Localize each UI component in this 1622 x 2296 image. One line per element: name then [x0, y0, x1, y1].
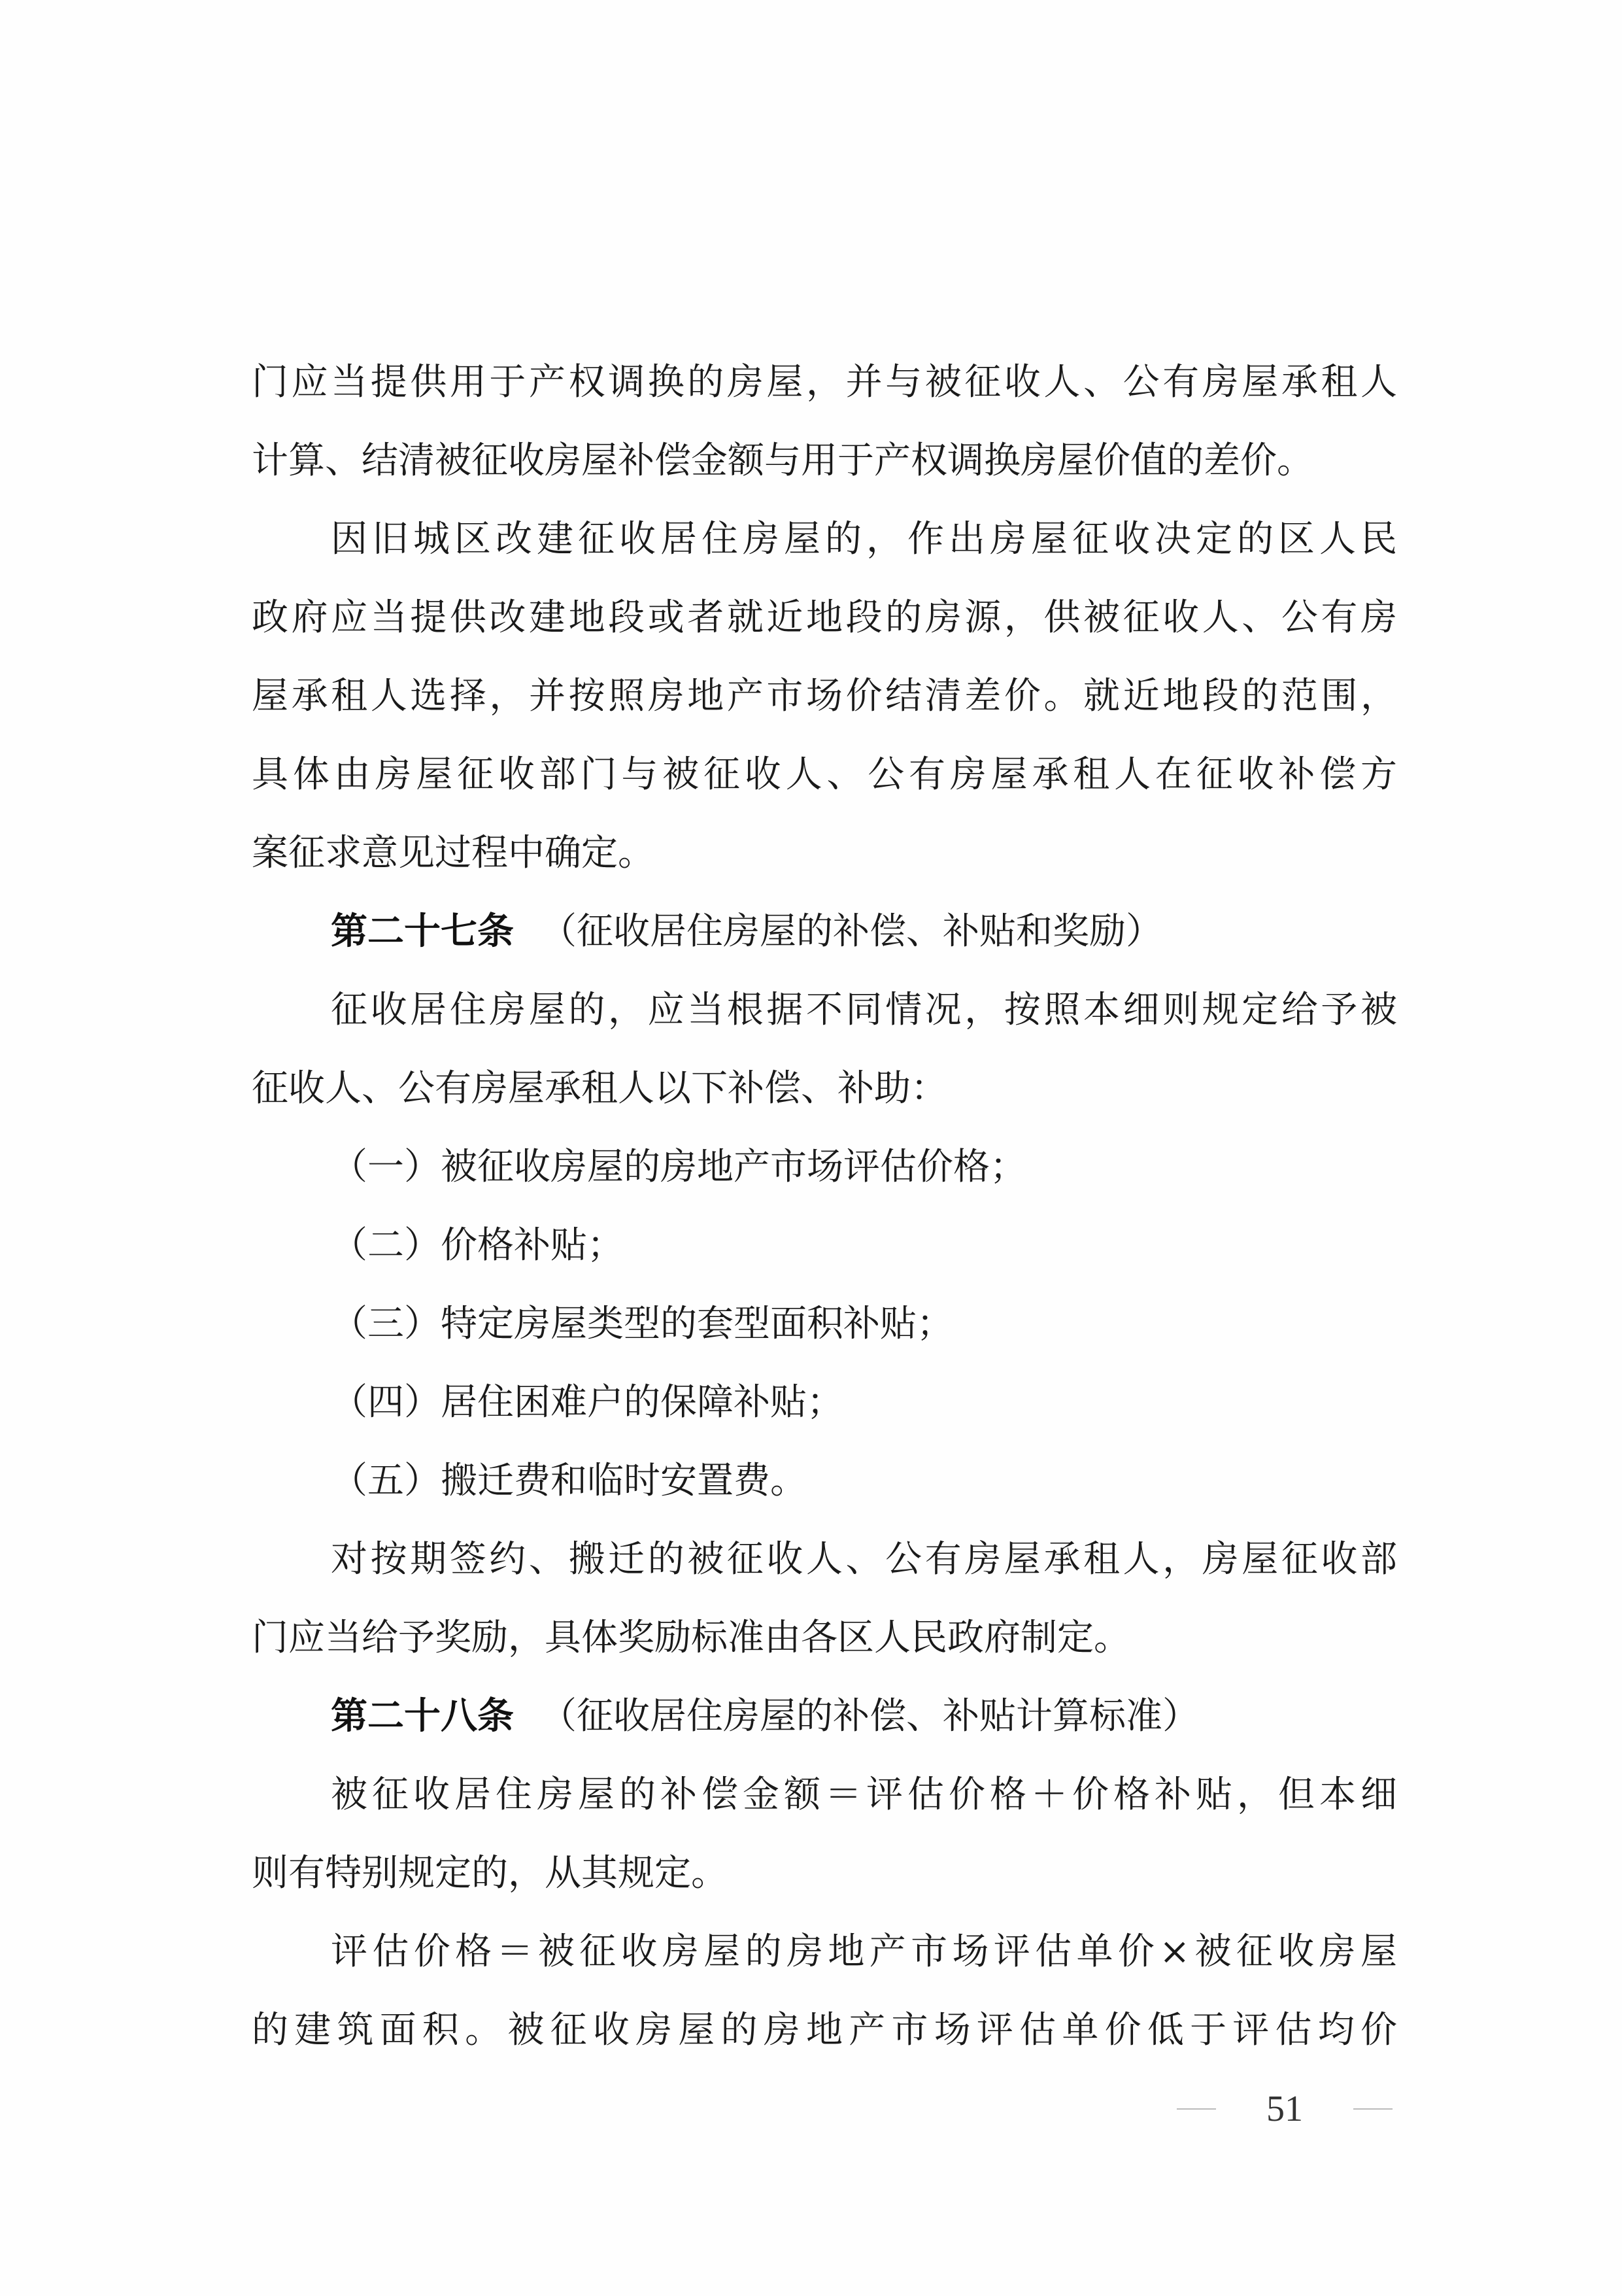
paragraph-line: 屋承租人选择，并按照房地产市场价结清差价。就近地段的范围，: [252, 657, 1397, 736]
list-item: （五）搬迁费和临时安置费。: [252, 1442, 1397, 1520]
paragraph-line: 门应当提供用于产权调换的房屋，并与被征收人、公有房屋承租人: [252, 343, 1397, 422]
document-page: 门应当提供用于产权调换的房屋，并与被征收人、公有房屋承租人计算、结清被征收房屋补…: [0, 0, 1622, 2296]
list-item: （三）特定房屋类型的套型面积补贴；: [252, 1285, 1397, 1363]
paragraph-line: 则有特别规定的，从其规定。: [252, 1834, 1397, 1913]
article-heading: 第二十七条（征收居住房屋的补偿、补贴和奖励）: [252, 893, 1397, 971]
document-body: 门应当提供用于产权调换的房屋，并与被征收人、公有房屋承租人计算、结清被征收房屋补…: [252, 343, 1397, 2070]
paragraph-line: 征收人、公有房屋承租人以下补偿、补助：: [252, 1050, 1397, 1128]
paragraph-line: 的建筑面积。被征收房屋的房地产市场评估单价低于评估均价: [252, 1991, 1397, 2070]
article-number: 第二十七条: [331, 910, 514, 953]
paragraph-line: 评估价格＝被征收房屋的房地产市场评估单价×被征收房屋: [252, 1913, 1397, 1991]
paragraph-line: 征收居住房屋的，应当根据不同情况，按照本细则规定给予被: [252, 971, 1397, 1050]
page-number-dash-right: [1353, 2108, 1393, 2110]
article-number: 第二十八条: [331, 1695, 514, 1738]
paragraph-line: 被征收居住房屋的补偿金额＝评估价格＋价格补贴，但本细: [252, 1756, 1397, 1834]
article-title: （征收居住房屋的补偿、补贴和奖励）: [540, 910, 1162, 953]
list-item: （四）居住困难户的保障补贴；: [252, 1363, 1397, 1442]
paragraph-line: 具体由房屋征收部门与被征收人、公有房屋承租人在征收补偿方: [252, 736, 1397, 814]
page-number-dash-left: [1177, 2108, 1216, 2110]
page-number: 51: [1266, 2088, 1303, 2130]
list-item: （二）价格补贴；: [252, 1207, 1397, 1285]
paragraph-line: 政府应当提供改建地段或者就近地段的房源，供被征收人、公有房: [252, 579, 1397, 657]
paragraph-line: 对按期签约、搬迁的被征收人、公有房屋承租人，房屋征收部: [252, 1520, 1397, 1599]
page-footer: 51: [1177, 2086, 1393, 2132]
article-heading: 第二十八条（征收居住房屋的补偿、补贴计算标准）: [252, 1677, 1397, 1756]
article-title: （征收居住房屋的补偿、补贴计算标准）: [540, 1695, 1199, 1738]
paragraph-line: 计算、结清被征收房屋补偿金额与用于产权调换房屋价值的差价。: [252, 422, 1397, 500]
paragraph-line: 因旧城区改建征收居住房屋的，作出房屋征收决定的区人民: [252, 500, 1397, 579]
paragraph-line: 案征求意见过程中确定。: [252, 814, 1397, 893]
list-item: （一）被征收房屋的房地产市场评估价格；: [252, 1128, 1397, 1207]
paragraph-line: 门应当给予奖励，具体奖励标准由各区人民政府制定。: [252, 1599, 1397, 1677]
